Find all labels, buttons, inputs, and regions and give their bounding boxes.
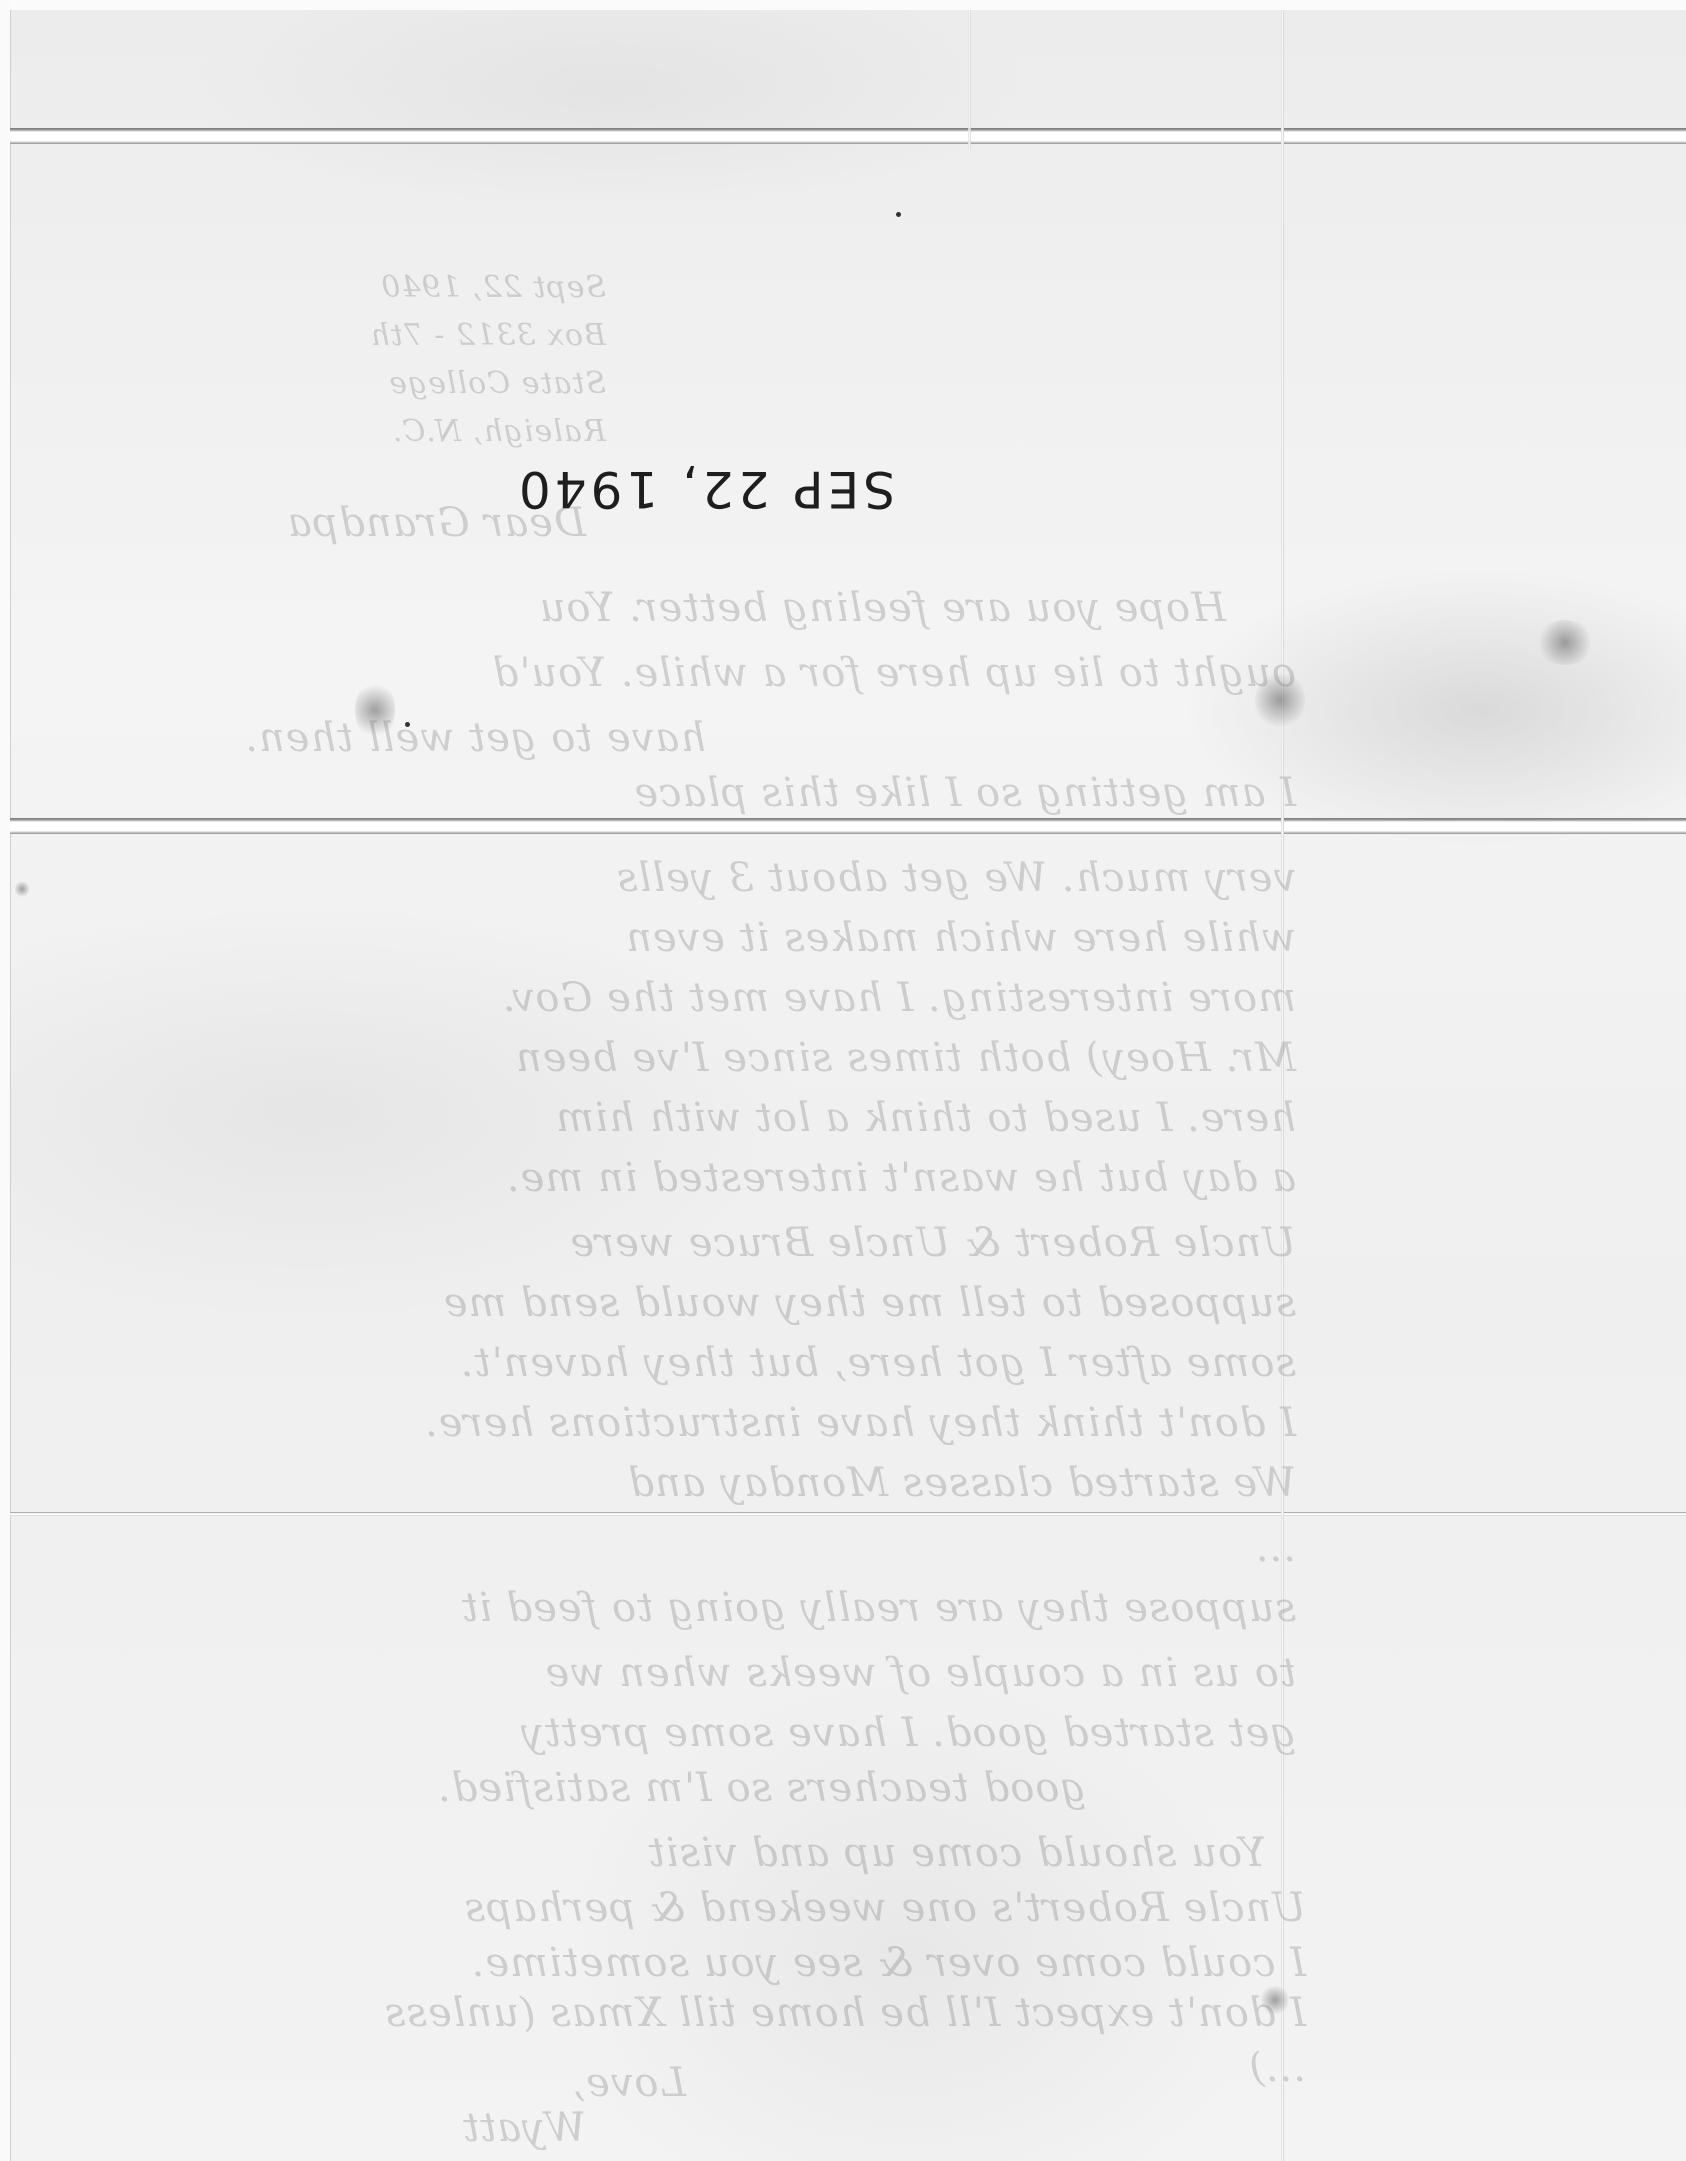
ink-dot [896, 212, 901, 217]
horizontal-fold-2 [10, 818, 1686, 834]
horizontal-fold-1 [10, 128, 1686, 144]
ink-dot [405, 722, 410, 727]
ink-stain [355, 680, 395, 740]
ink-stain [15, 880, 29, 898]
scan-left-edge [0, 0, 10, 2161]
vertical-fold-right [1281, 10, 1284, 2161]
letter-page [10, 10, 1686, 2161]
date-annotation: SEP 22, 1940 [505, 460, 905, 518]
horizontal-fold-3 [10, 1512, 1686, 1516]
ink-stain [1255, 670, 1305, 730]
ink-stain [1535, 620, 1595, 665]
ink-stain [1260, 1985, 1290, 2015]
scan-top-edge [0, 0, 1686, 10]
vertical-fold-top-crease [968, 10, 971, 150]
